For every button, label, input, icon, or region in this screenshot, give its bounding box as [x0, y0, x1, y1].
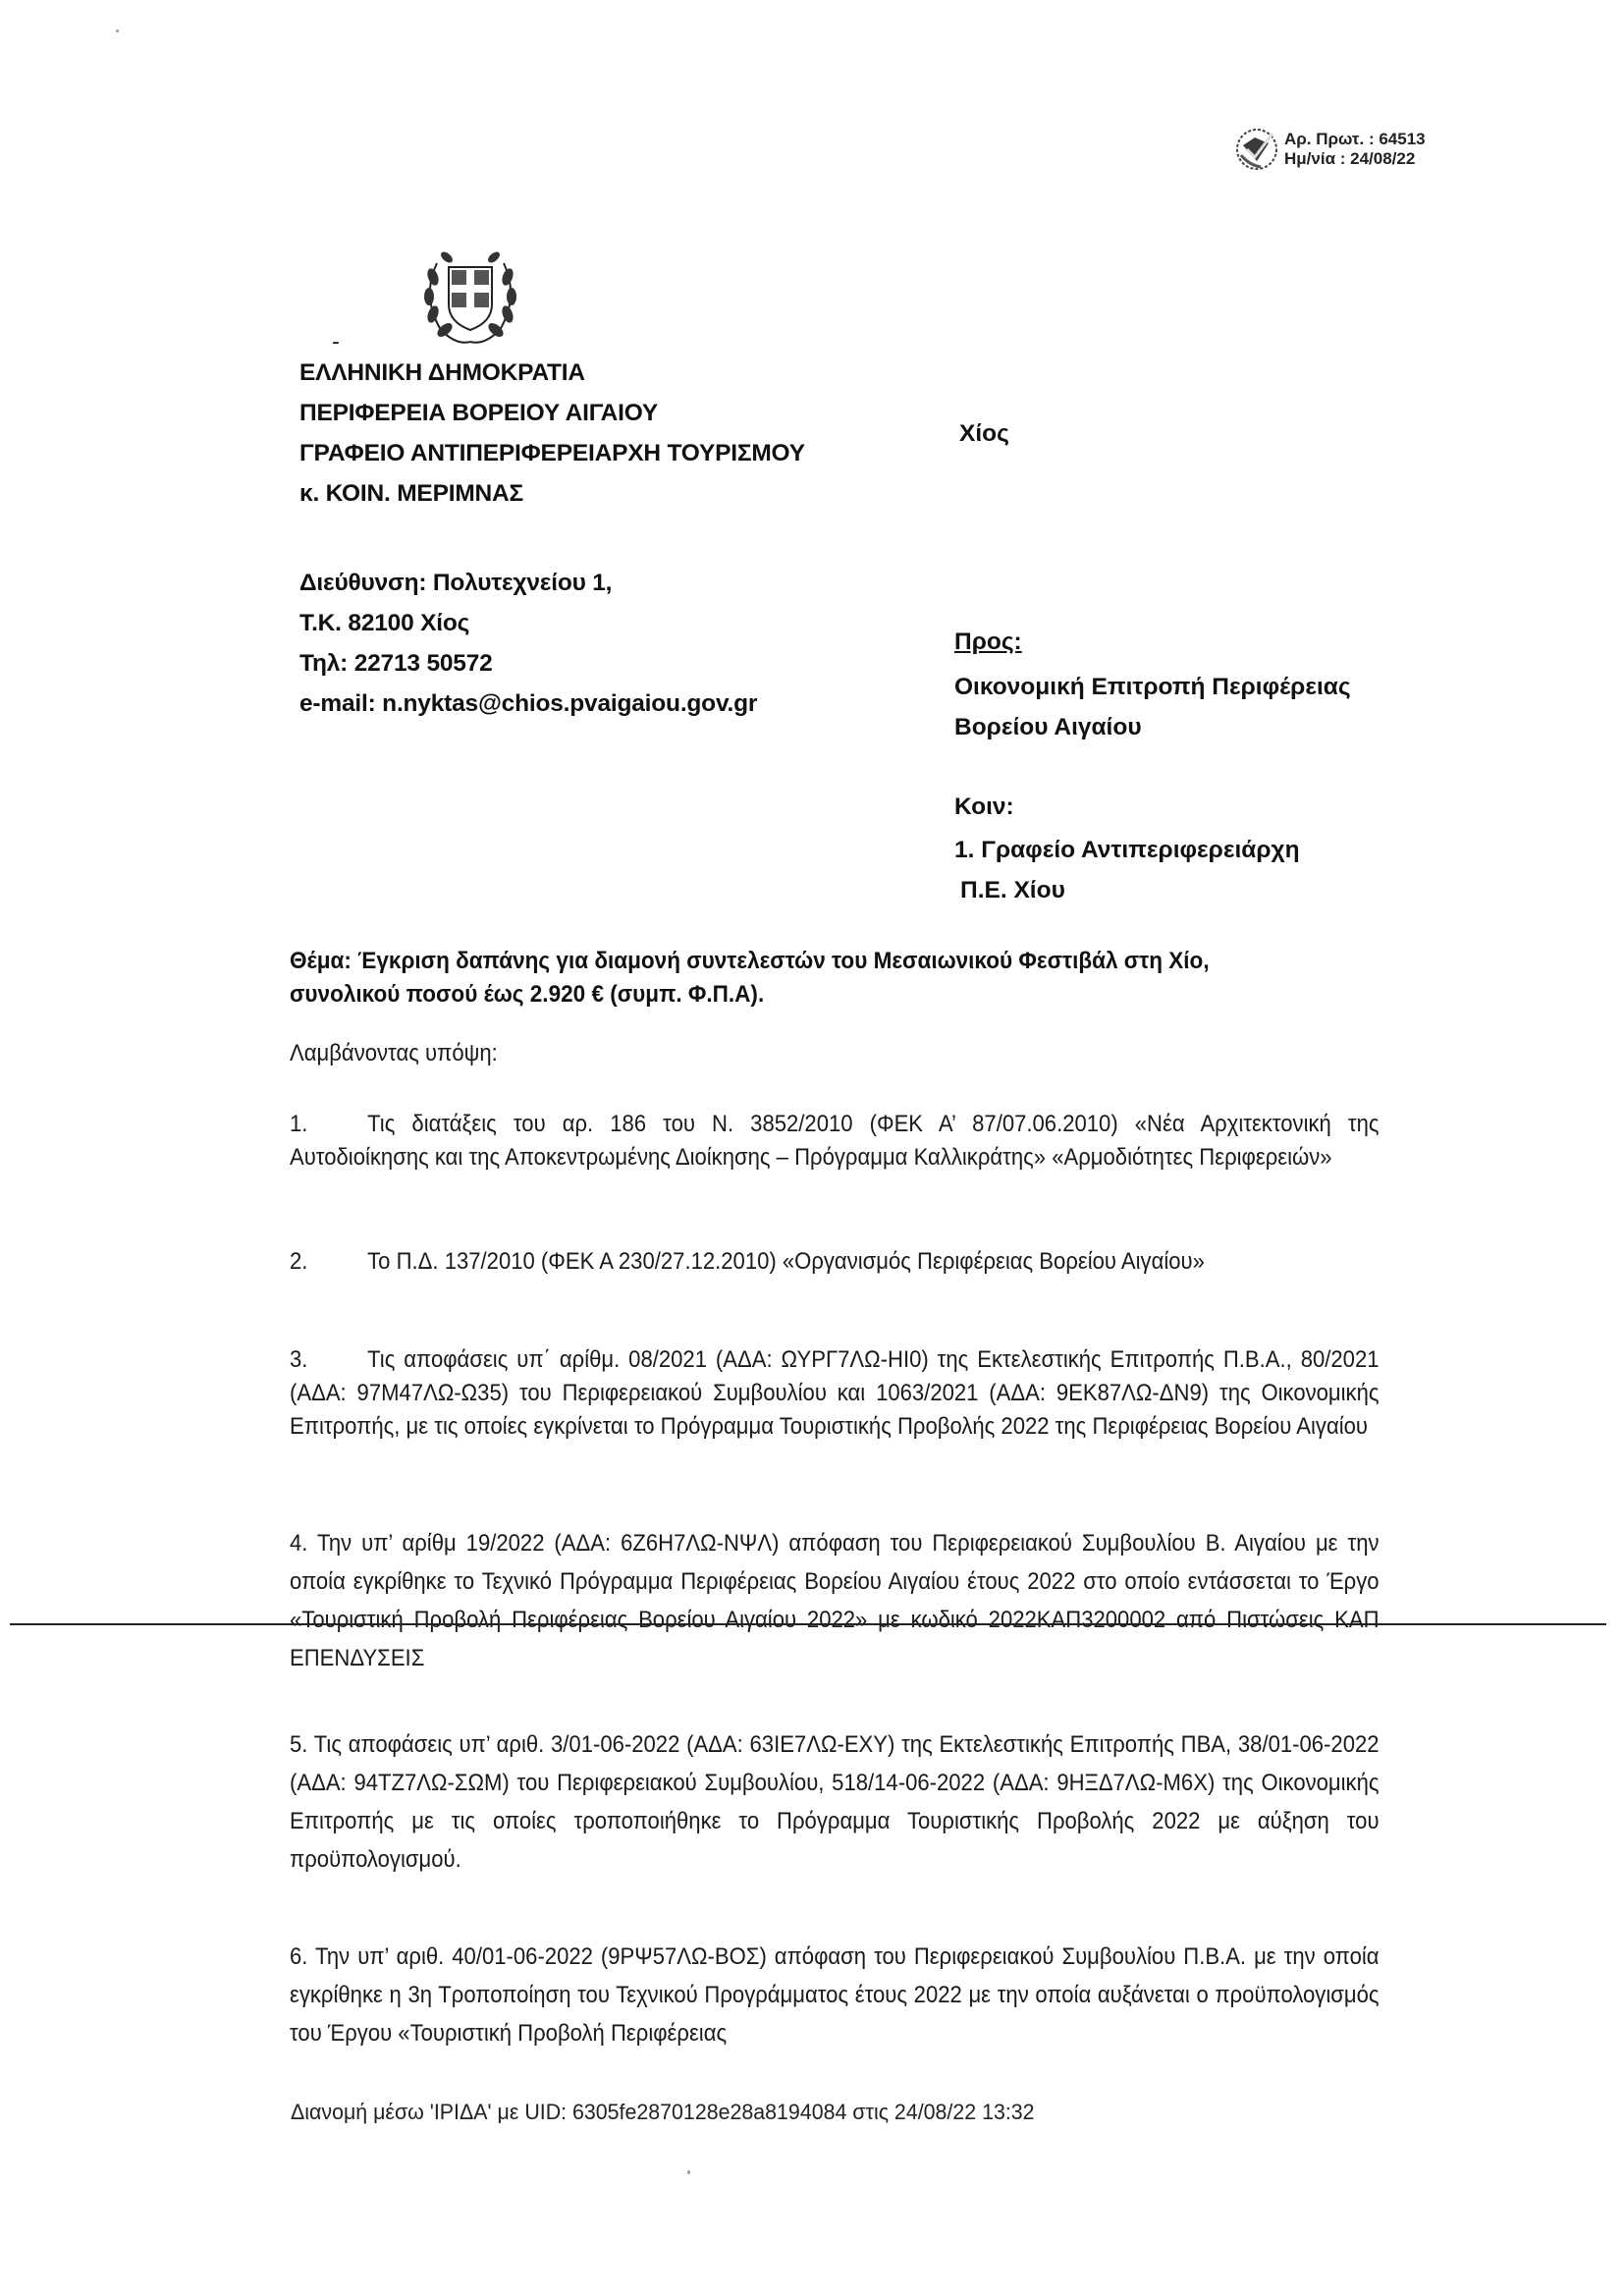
horizontal-rule [10, 1623, 1606, 1625]
protocol-stamp: Αρ. Πρωτ. : 64513 Ημ/νία : 24/08/22 [1235, 128, 1426, 171]
header-line-person: κ. ΚΟΙΝ. ΜΕΡΙΜΝΑΣ [299, 480, 523, 508]
to-line-1: Οικονομική Επιτροπή Περιφέρειας [954, 674, 1351, 701]
intro-text: Λαμβάνοντας υπόψη: [290, 1037, 1380, 1070]
scan-speck [116, 29, 119, 32]
phone-line: Τηλ: 22713 50572 [299, 650, 493, 678]
distribution-footer: Διανομή μέσω 'ΙΡΙΔΑ' με UID: 6305fe28701… [291, 2100, 1035, 2125]
item-number: 4. [290, 1530, 307, 1557]
header-line-region: ΠΕΡΙΦΕΡΕΙΑ ΒΟΡΕΙΟΥ ΑΙΓΑΙΟΥ [299, 400, 658, 427]
subject-line-2: συνολικού ποσού έως 2.920 € (συμπ. Φ.Π.Α… [290, 978, 1380, 1011]
item-text: Το Π.Δ. 137/2010 (ΦΕΚ Α 230/27.12.2010) … [367, 1248, 1205, 1275]
list-item: 2.Το Π.Δ. 137/2010 (ΦΕΚ Α 230/27.12.2010… [290, 1245, 1380, 1279]
list-item: 1.Τις διατάξεις του αρ. 186 του Ν. 3852/… [290, 1108, 1380, 1175]
cc-line-2: Π.Ε. Χίου [960, 877, 1065, 904]
protocol-number: Αρ. Πρωτ. : 64513 [1284, 130, 1426, 149]
item-number: 3. [290, 1343, 367, 1377]
greek-coat-of-arms-icon [417, 244, 523, 350]
header-line-republic: ΕΛΛΗΝΙΚΗ ΔΗΜΟΚΡΑΤΙΑ [299, 359, 585, 387]
list-item: 4. Την υπ’ αρίθμ 19/2022 (ΑΔΑ: 6Ζ6Η7ΛΩ-Ν… [290, 1524, 1380, 1677]
checkmark-seal-icon [1235, 128, 1278, 171]
subject: Θέμα: Έγκριση δαπάνης για διαμονή συντελ… [290, 945, 1380, 1011]
cc-label: Κοιν: [954, 793, 1014, 821]
item-number: 1. [290, 1108, 367, 1141]
to-line-2: Βορείου Αιγαίου [954, 714, 1142, 741]
dash-mark: - [332, 330, 340, 355]
email-link[interactable]: e-mail: n.nyktas@chios.pvaigaiou.gov.gr [299, 690, 757, 718]
item-text: Τις αποφάσεις υπ’ αριθ. 3/01-06-2022 (ΑΔ… [290, 1731, 1380, 1873]
subject-line-1: Θέμα: Έγκριση δαπάνης για διαμονή συντελ… [290, 945, 1380, 978]
item-text: Τις διατάξεις του αρ. 186 του Ν. 3852/20… [290, 1111, 1380, 1171]
item-number: 2. [290, 1245, 367, 1279]
postal-line: Τ.Κ. 82100 Χίος [299, 610, 469, 637]
scan-speck [687, 2170, 690, 2174]
list-item: 5. Τις αποφάσεις υπ’ αριθ. 3/01-06-2022 … [290, 1725, 1380, 1879]
cc-line-1: 1. Γραφείο Αντιπεριφερειάρχη [954, 837, 1300, 864]
protocol-date: Ημ/νία : 24/08/22 [1284, 149, 1426, 169]
place-label: Χίος [959, 420, 1009, 448]
header-line-office: ΓΡΑΦΕΙΟ ΑΝΤΙΠΕΡΙΦΕΡΕΙΑΡΧΗ ΤΟΥΡΙΣΜΟΥ [299, 440, 805, 467]
item-number: 6. [290, 1943, 307, 1970]
list-item: 6. Την υπ’ αριθ. 40/01-06-2022 (9ΡΨ57ΛΩ-… [290, 1938, 1380, 2052]
address-line: Διεύθυνση: Πολυτεχνείου 1, [299, 570, 612, 597]
item-number: 5. [290, 1731, 307, 1758]
to-label: Προς: [954, 629, 1022, 656]
list-item: 3.Τις αποφάσεις υπ΄ αρίθμ. 08/2021 (ΑΔΑ:… [290, 1343, 1380, 1444]
item-text: Την υπ’ αρίθμ 19/2022 (ΑΔΑ: 6Ζ6Η7ΛΩ-ΝΨΛ)… [290, 1530, 1380, 1671]
item-text: Την υπ’ αριθ. 40/01-06-2022 (9ΡΨ57ΛΩ-ΒΟΣ… [290, 1943, 1380, 2047]
item-text: Τις αποφάσεις υπ΄ αρίθμ. 08/2021 (ΑΔΑ: Ω… [290, 1346, 1380, 1440]
